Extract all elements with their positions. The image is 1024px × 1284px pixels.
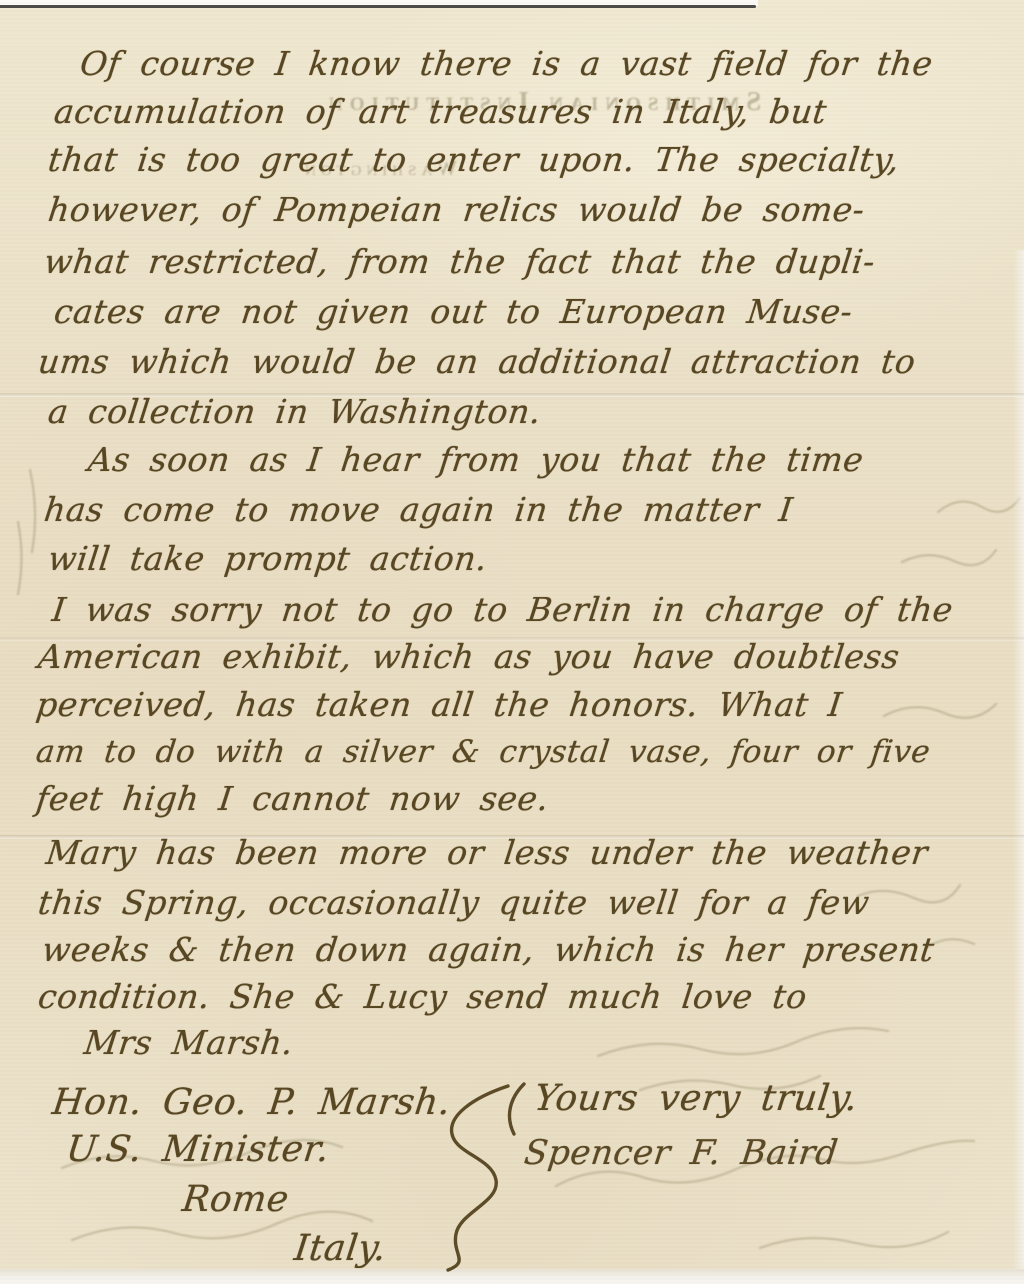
signature: Spencer F. Baird — [522, 1133, 840, 1173]
valediction: Yours very truly. — [532, 1078, 860, 1119]
letter-line-16: feet high I cannot now see. — [34, 779, 551, 818]
letter-line-17: Mary has been more or less under the wea… — [44, 833, 930, 872]
letter-line-3: that is too great to enter upon. The spe… — [46, 140, 902, 179]
scan-edge-bottom — [0, 1269, 1024, 1284]
letter-line-9: As soon as I hear from you that the time — [86, 440, 866, 479]
letter-line-8: a collection in Washington. — [46, 392, 543, 431]
letter-line-15: am to do with a silver & crystal vase, f… — [34, 734, 932, 770]
letter-line-6: cates are not given out to European Muse… — [52, 292, 855, 331]
letter-line-18: this Spring, occasionally quite well for… — [36, 883, 872, 922]
letter-line-5: what restricted, from the fact that the … — [42, 242, 877, 281]
scan-edge-top-line — [0, 5, 756, 8]
letter-line-2: accumulation of art treasures in Italy, … — [52, 92, 829, 131]
letter-line-11: will take prompt action. — [46, 539, 490, 578]
recipient-title: U.S. Minister. — [64, 1129, 332, 1170]
letter-line-10: has come to move again in the matter I — [42, 490, 795, 529]
letter-line-21: Mrs Marsh. — [82, 1023, 296, 1062]
scanned-letter-page: { "page": { "kind": "Handwritten letter,… — [0, 0, 1024, 1284]
letter-line-12: I was sorry not to go to Berlin in charg… — [50, 590, 955, 629]
recipient-city: Rome — [180, 1179, 291, 1220]
letter-line-1: Of course I know there is a vast field f… — [78, 44, 935, 83]
recipient-country: Italy. — [292, 1228, 389, 1269]
letter-line-7: ums which would be an additional attract… — [36, 342, 918, 381]
letter-line-19: weeks & then down again, which is her pr… — [40, 930, 937, 969]
scan-edge-right — [1013, 250, 1024, 1269]
letter-line-20: condition. She & Lucy send much love to — [36, 977, 809, 1016]
recipient-name: Hon. Geo. P. Marsh. — [50, 1082, 453, 1123]
letter-line-4: however, of Pompeian relics would be som… — [46, 190, 867, 229]
letter-line-13: American exhibit, which as you have doub… — [36, 637, 902, 676]
letter-line-14: perceived, has taken all the honors. Wha… — [34, 685, 844, 724]
